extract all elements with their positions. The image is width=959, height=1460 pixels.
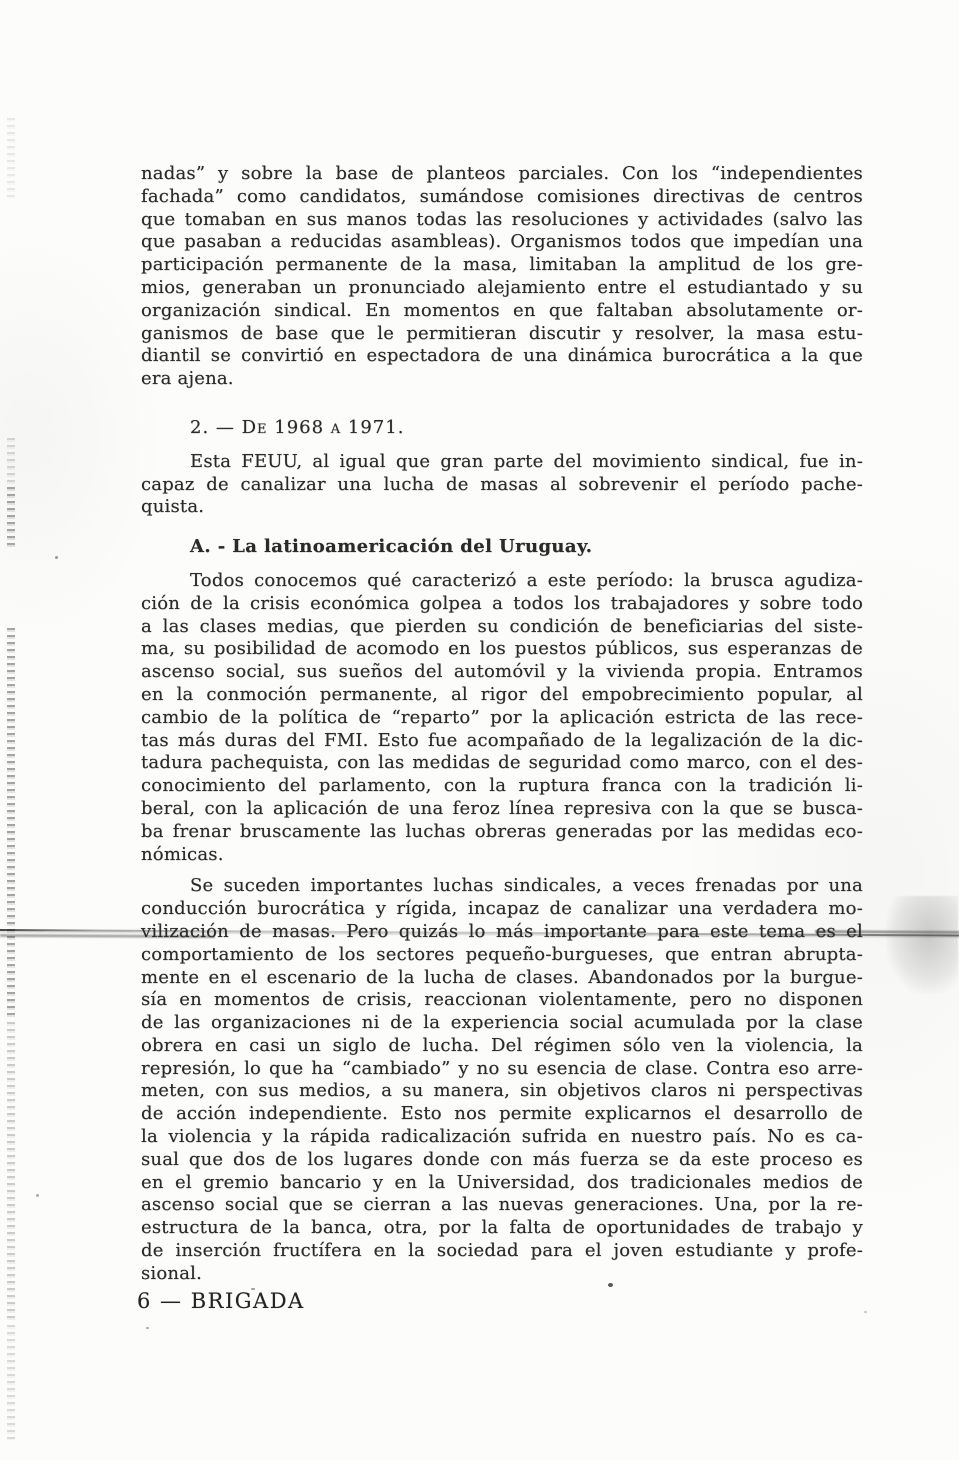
para-luchas-line-2: conducción burocrática y rígida, incapaz… bbox=[141, 898, 863, 921]
para-continuation: nadas” y sobre la base de planteos parci… bbox=[141, 163, 863, 391]
para-luchas-line-1: Se suceden importantes luchas sindicales… bbox=[141, 875, 863, 898]
para-latinoamericacion-line-1: Todos conocemos qué caracterizó a este p… bbox=[141, 570, 863, 593]
para-continuation-line-6: mios, generaban un pronunciado alejamien… bbox=[141, 277, 863, 300]
para-continuation-line-1: nadas” y sobre la base de planteos parci… bbox=[141, 163, 863, 186]
ink-speck bbox=[55, 556, 58, 559]
para-latinoamericacion-line-2: ción de la crisis económica golpea a tod… bbox=[141, 593, 863, 616]
text-block: nadas” y sobre la base de planteos parci… bbox=[141, 163, 863, 1286]
para-latinoamericacion-line-4: ma, su posibilidad de acomodo en los pue… bbox=[141, 638, 863, 661]
subsection-heading: A. - La latinoamericación del Uruguay. bbox=[190, 536, 863, 559]
para-latinoamericacion-line-3: a las clases medias, que pierden su cond… bbox=[141, 616, 863, 639]
para-continuation-line-9: diantil se convirtió en espectadora de u… bbox=[141, 345, 863, 368]
para-continuation-line-5: participación permanente de la masa, lim… bbox=[141, 254, 863, 277]
para-luchas-line-5: mente en el escenario de la lucha de cla… bbox=[141, 967, 863, 990]
para-latinoamericacion: Todos conocemos qué caracterizó a este p… bbox=[141, 570, 863, 866]
para-feuu-line-2: capaz de canalizar una lucha de masas al… bbox=[141, 474, 863, 497]
para-luchas-line-15: ascenso social que se cierran a las nuev… bbox=[141, 1194, 863, 1217]
para-latinoamericacion-line-10: conocimiento del parlamento, con la rupt… bbox=[141, 775, 863, 798]
para-luchas-line-6: sía en momentos de crisis, reaccionan vi… bbox=[141, 989, 863, 1012]
para-luchas-line-16: estructura de la banca, otra, por la fal… bbox=[141, 1217, 863, 1240]
para-luchas-line-18: sional. bbox=[141, 1263, 863, 1286]
para-continuation-line-8: ganismos de base que le permitieran disc… bbox=[141, 323, 863, 346]
para-feuu: Esta FEUU, al igual que gran parte del m… bbox=[141, 451, 863, 519]
para-latinoamericacion-line-8: tas más duras del FMI. Esto fue acompaña… bbox=[141, 730, 863, 753]
smudge-artifact bbox=[886, 896, 958, 994]
page-number-footer: 6 — BRIGADA bbox=[137, 1289, 305, 1313]
para-luchas-line-14: en el gremio bancario y en la Universida… bbox=[141, 1172, 863, 1195]
para-luchas-line-9: represión, lo que ha “cambiado” y no su … bbox=[141, 1058, 863, 1081]
para-latinoamericacion-line-5: ascenso social, sus sueños del automóvil… bbox=[141, 661, 863, 684]
para-luchas-line-7: de las organizaciones ni de la experienc… bbox=[141, 1012, 863, 1035]
left-edge-scan-artifact bbox=[7, 487, 15, 549]
ink-speck bbox=[36, 1194, 39, 1197]
para-latinoamericacion-line-13: nómicas. bbox=[141, 844, 863, 867]
para-luchas-line-8: obrera en casi un siglo de lucha. Del ré… bbox=[141, 1035, 863, 1058]
ink-speck bbox=[146, 1327, 149, 1329]
para-continuation-line-2: fachada” como candidatos, sumándose comi… bbox=[141, 186, 863, 209]
para-latinoamericacion-line-12: ba frenar bruscamente las luchas obreras… bbox=[141, 821, 863, 844]
para-continuation-line-4: que pasaban a reducidas asambleas). Orga… bbox=[141, 231, 863, 254]
left-edge-scan-artifact bbox=[7, 118, 15, 198]
para-luchas-line-11: de acción independiente. Esto nos permit… bbox=[141, 1103, 863, 1126]
para-continuation-line-3: que tomaban en sus manos todas las resol… bbox=[141, 209, 863, 232]
para-latinoamericacion-line-11: beral, con la aplicación de una feroz lí… bbox=[141, 798, 863, 821]
section-heading: 2. — De 1968 a 1971. bbox=[190, 417, 863, 440]
ink-speck bbox=[864, 1311, 867, 1313]
para-latinoamericacion-line-7: cambio de la política de “reparto” por l… bbox=[141, 707, 863, 730]
para-luchas: Se suceden importantes luchas sindicales… bbox=[141, 875, 863, 1285]
scanned-document-page: nadas” y sobre la base de planteos parci… bbox=[0, 0, 959, 1460]
left-edge-scan-artifact bbox=[7, 1325, 15, 1440]
para-luchas-line-3: vilización de masas. Pero quizás lo más … bbox=[141, 921, 863, 944]
para-luchas-line-17: de inserción fructífera en la sociedad p… bbox=[141, 1240, 863, 1263]
para-feuu-line-3: quista. bbox=[141, 496, 863, 519]
para-latinoamericacion-line-6: en la conmoción permanente, al rigor del… bbox=[141, 684, 863, 707]
para-luchas-line-13: sual que dos de los lugares donde con má… bbox=[141, 1149, 863, 1172]
para-luchas-line-10: meten, con sus medios, a su manera, sin … bbox=[141, 1080, 863, 1103]
para-luchas-line-12: la violencia y la rápida radicalización … bbox=[141, 1126, 863, 1149]
para-latinoamericacion-line-9: tadura pachequista, con las medidas de s… bbox=[141, 752, 863, 775]
left-edge-scan-artifact bbox=[7, 628, 15, 1020]
para-luchas-line-4: comportamiento de los sectores pequeño-b… bbox=[141, 944, 863, 967]
para-continuation-line-7: organización sindical. En momentos en qu… bbox=[141, 300, 863, 323]
para-continuation-line-10: era ajena. bbox=[141, 368, 863, 391]
para-feuu-line-1: Esta FEUU, al igual que gran parte del m… bbox=[141, 451, 863, 474]
left-edge-scan-artifact bbox=[7, 1022, 15, 1322]
